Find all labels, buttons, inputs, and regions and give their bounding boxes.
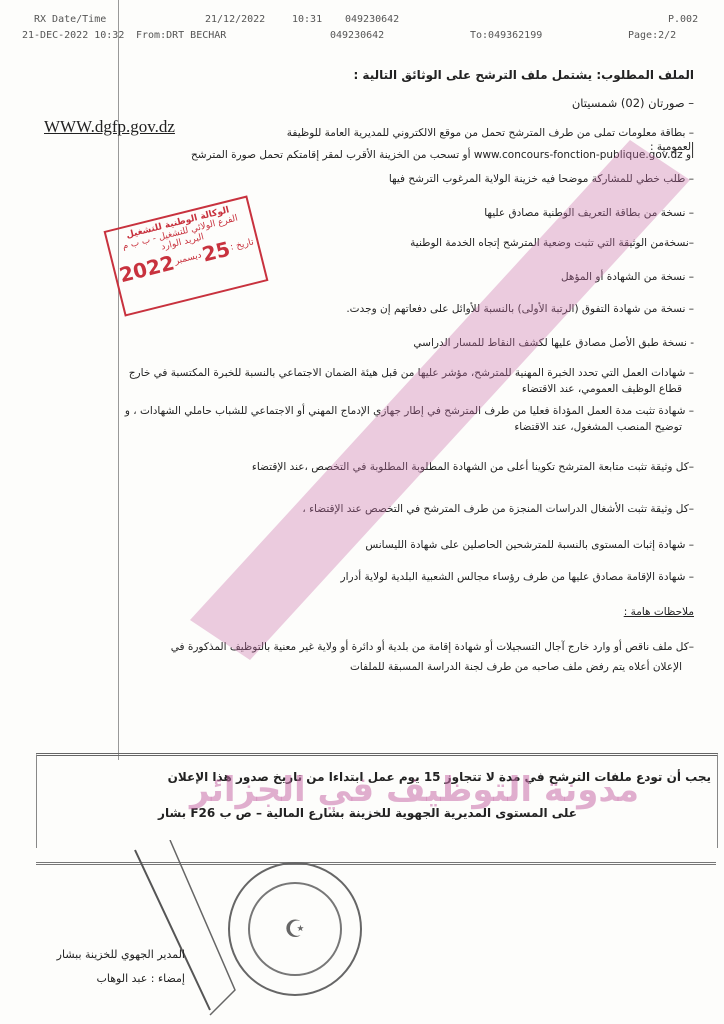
item-integration-work: – شهادة تثبت مدة العمل المؤداة فعليا من … (4, 404, 694, 418)
signature-title: المدير الجهوي للخزينة ببشار (55, 948, 185, 962)
notes-heading: ملاحظات هامة : (494, 605, 694, 619)
fax-datetime: 21-DEC-2022 10:32 (22, 30, 124, 41)
item-excellence: – نسخة من شهادة التفوق (الرتبة الأولى) ب… (94, 302, 694, 316)
item-level-certificate: – شهادة إثبات المستوى بالنسبة للمترشحين … (134, 538, 694, 552)
signature-name: إمضاء : عبد الوهاب (55, 972, 185, 986)
official-seal: ☪ (228, 862, 362, 996)
stamp-day: 25 (200, 237, 233, 267)
item-higher-training: –كل وثيقة تثبت متابعة المترشح تكوينا أعل… (134, 460, 694, 474)
item-transcript: - نسخة طبق الأصل مصادق عليها لكشف النقاط… (94, 336, 694, 350)
note-line-1: –كل ملف ناقص أو وارد خارج آجال التسجيلات… (4, 640, 694, 654)
item-integration-work-cont: توضيح المنصب المشغول، عند الاقتضاء (82, 420, 682, 434)
fax-to: To:049362199 (470, 30, 542, 41)
signature-scribble-icon (130, 840, 240, 1020)
stamp-date-label: تاريخ : (229, 237, 255, 252)
fax-rx-time: 10:31 (292, 14, 322, 25)
watermark-text: مدونة التوظيف في الجزائر (190, 770, 639, 810)
item-photos: – صورتان (02) شمسيتان (194, 96, 694, 110)
stamp-month: ديسمبر (174, 250, 203, 266)
note-line-2: الإعلان أعلاه يتم رفض ملف صاحبه من طرف ل… (82, 660, 682, 674)
fax-from-number: 049230642 (330, 30, 384, 41)
item-studies-works: –كل وثيقة تثبت الأشغال الدراسات المنجزة … (134, 502, 694, 516)
fax-page-code: P.002 (668, 14, 698, 25)
fax-rx-date: 21/12/2022 (205, 14, 265, 25)
item-info-card-cont: او www.concours-fonction-publique.gov.dz… (14, 148, 694, 162)
website-dgfp[interactable]: WWW.dgfp.gov.dz (44, 117, 175, 137)
fax-from: From:DRT BECHAR (136, 30, 226, 41)
fax-rx-number: 049230642 (345, 14, 399, 25)
item-application-letter: – طلب خطي للمشاركة موضحا فيه خزينة الولا… (94, 172, 694, 186)
item-residence: – شهادة الإقامة مصادق عليها من طرف رؤساء… (134, 570, 694, 584)
item-work-certificates: – شهادات العمل التي تحدد الخبرة المهنية … (14, 366, 694, 380)
fax-rx-label: RX Date/Time (34, 14, 106, 25)
fax-page: Page:2/2 (628, 30, 676, 41)
doc-heading: الملف المطلوب: يشتمل ملف الترشح على الوث… (294, 68, 694, 82)
item-work-certificates-cont: قطاع الوظيف العمومي، عند الاقتضاء (82, 382, 682, 396)
crescent-star-icon: ☪ (248, 882, 342, 976)
